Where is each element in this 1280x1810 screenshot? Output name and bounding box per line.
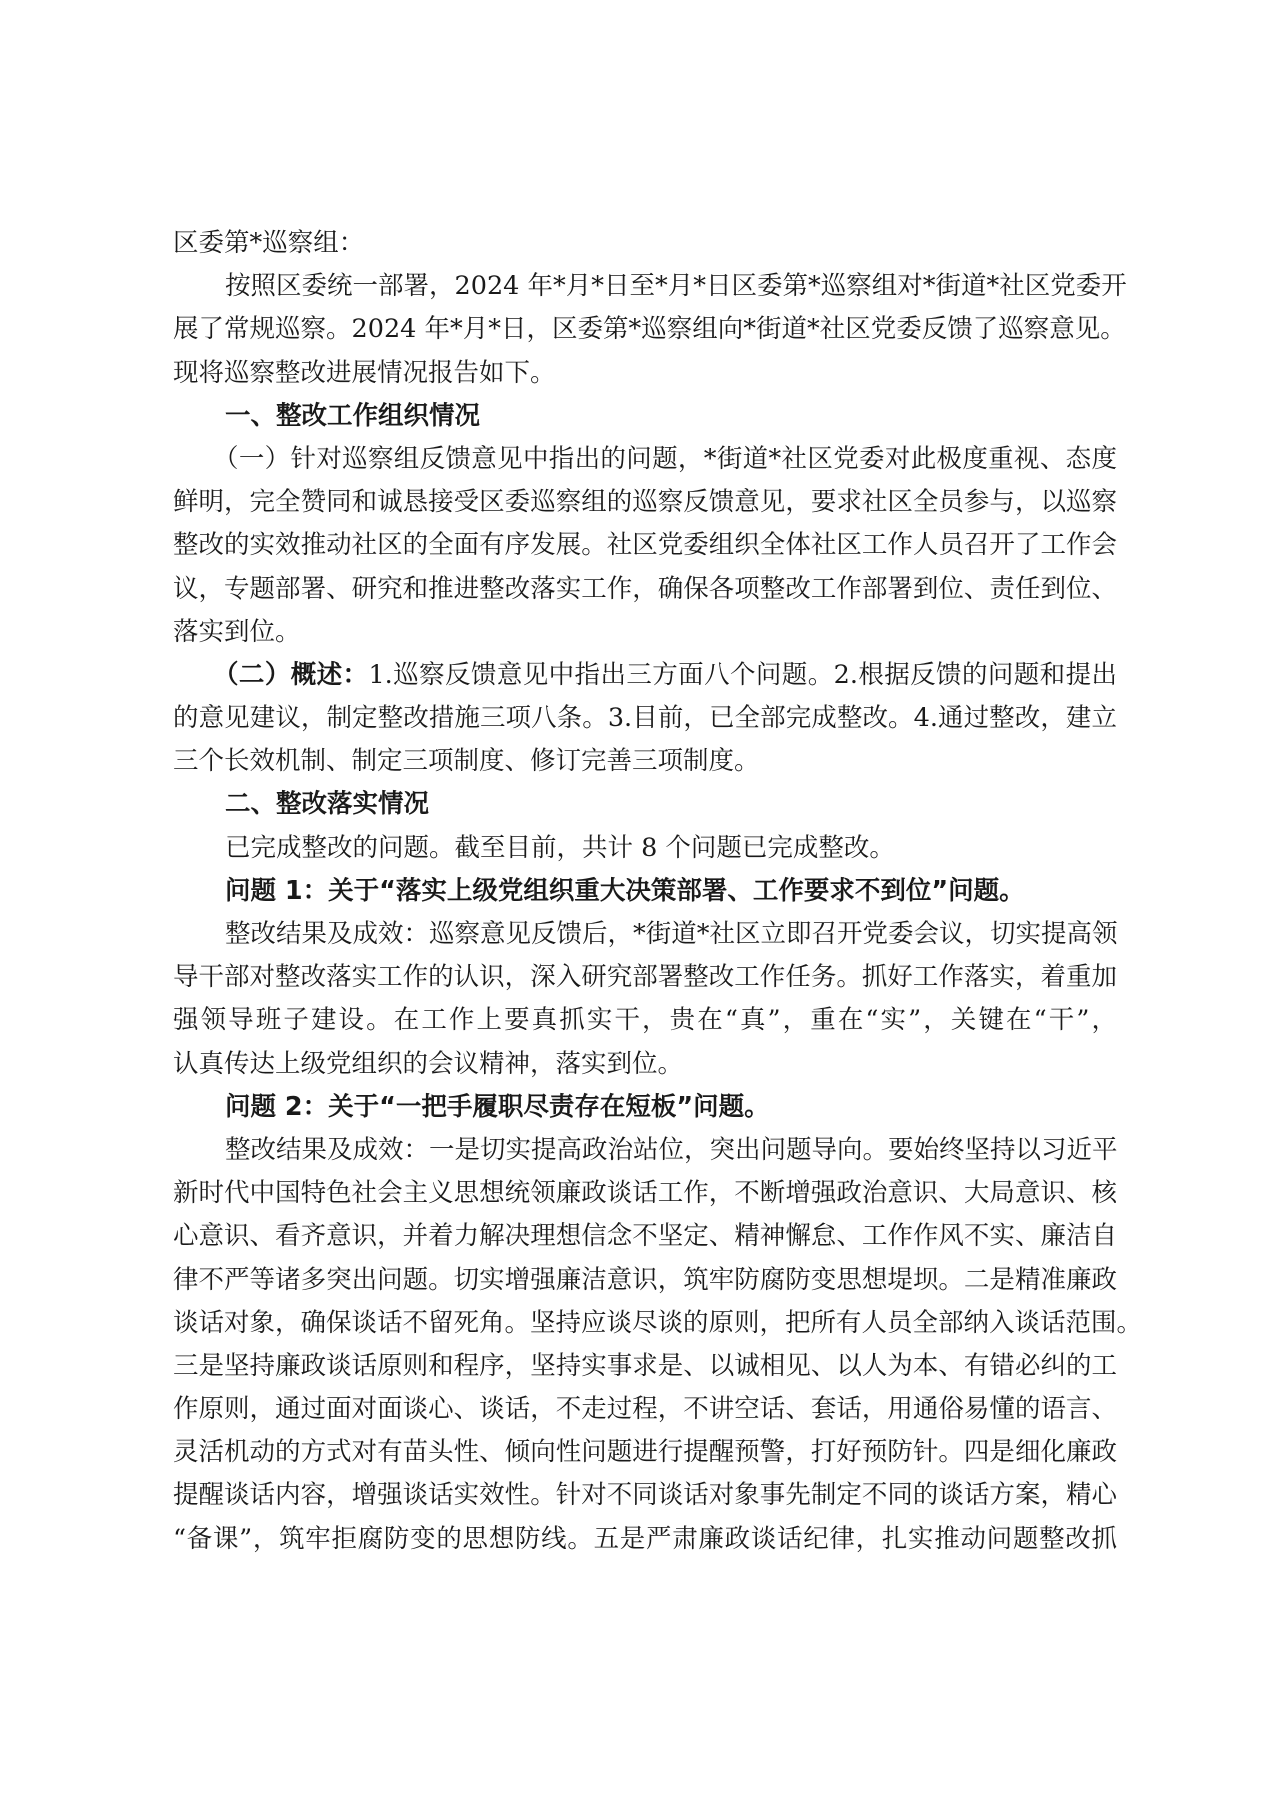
paragraph-line: 心意识、看齐意识，并着力解决理想信念不坚定、精神懈怠、工作作风不实、廉洁自: [173, 1215, 1117, 1258]
paragraph-line: 三个长效机制、制定三项制度、修订完善三项制度。: [173, 740, 1117, 783]
paragraph-line: “备课”，筑牢拒腐防变的思想防线。五是严肃廉政谈话纪律，扎实推动问题整改抓: [173, 1518, 1117, 1561]
subsection-1-paragraph: （一）针对巡察组反馈意见中指出的问题，*街道*社区党委对此极度重视、态度 鲜明，…: [173, 438, 1117, 654]
section-heading-2: 二、整改落实情况: [173, 783, 1117, 826]
section-heading-1: 一、整改工作组织情况: [173, 395, 1117, 438]
paragraph-line: 律不严等诸多突出问题。切实增强廉洁意识，筑牢防腐防变思想堤坝。二是精准廉政: [173, 1259, 1117, 1302]
subsection-2-text: 1.巡察反馈意见中指出三方面八个问题。2.根据反馈的问题和提出: [368, 660, 1117, 690]
paragraph-line: 整改的实效推动社区的全面有序发展。社区党委组织全体社区工作人员召开了工作会: [173, 524, 1117, 567]
paragraph-line: 的意见建议，制定整改措施三项八条。3.目前，已全部完成整改。4.通过整改，建立: [173, 697, 1117, 740]
subsection-2-label: （二）概述：: [213, 660, 368, 690]
issue-title: 问题 2：关于“一把手履职尽责存在短板”问题。: [173, 1086, 1117, 1129]
paragraph-line: 导干部对整改落实工作的认识，深入研究部署整改工作任务。抓好工作落实，着重加: [173, 956, 1117, 999]
paragraph-line: 整改结果及成效：一是切实提高政治站位，突出问题导向。要始终坚持以习近平: [173, 1129, 1117, 1172]
issue-1: 问题 1：关于“落实上级党组织重大决策部署、工作要求不到位”问题。 整改结果及成…: [173, 870, 1117, 1086]
paragraph-line: 落实到位。: [173, 611, 1117, 654]
paragraph-line: 鲜明，完全赞同和诚恳接受区委巡察组的巡察反馈意见，要求社区全员参与，以巡察: [173, 481, 1117, 524]
paragraph-line: 议，专题部署、研究和推进整改落实工作，确保各项整改工作部署到位、责任到位、: [173, 568, 1117, 611]
paragraph-line: 三是坚持廉政谈话原则和程序，坚持实事求是、以诚相见、以人为本、有错必纠的工: [173, 1345, 1117, 1388]
paragraph-line: 新时代中国特色社会主义思想统领廉政谈话工作，不断增强政治意识、大局意识、核: [173, 1172, 1117, 1215]
section-2-summary: 已完成整改的问题。截至目前，共计 8 个问题已完成整改。: [173, 827, 1117, 870]
document-body: 区委第*巡察组： 按照区委统一部署，2024 年*月*日至*月*日区委第*巡察组…: [173, 222, 1117, 1561]
paragraph-line: 按照区委统一部署，2024 年*月*日至*月*日区委第*巡察组对*街道*社区党委…: [173, 265, 1117, 308]
issue-title: 问题 1：关于“落实上级党组织重大决策部署、工作要求不到位”问题。: [173, 870, 1117, 913]
paragraph-line: 现将巡察整改进展情况报告如下。: [173, 352, 1117, 395]
paragraph-line: 展了常规巡察。2024 年*月*日，区委第*巡察组向*街道*社区党委反馈了巡察意…: [173, 308, 1117, 351]
paragraph-line: （一）针对巡察组反馈意见中指出的问题，*街道*社区党委对此极度重视、态度: [173, 438, 1117, 481]
issue-2: 问题 2：关于“一把手履职尽责存在短板”问题。 整改结果及成效：一是切实提高政治…: [173, 1086, 1117, 1561]
paragraph-line: 强领导班子建设。在工作上要真抓实干，贵在“真”，重在“实”，关键在“干”，: [173, 999, 1117, 1042]
paragraph-line: 整改结果及成效：巡察意见反馈后，*街道*社区立即召开党委会议，切实提高领: [173, 913, 1117, 956]
paragraph-line: 谈话对象，确保谈话不留死角。坚持应谈尽谈的原则，把所有人员全部纳入谈话范围。: [173, 1302, 1117, 1345]
paragraph-line: 提醒谈话内容，增强谈话实效性。针对不同谈话对象事先制定不同的谈话方案，精心: [173, 1474, 1117, 1517]
paragraph-line: 灵活机动的方式对有苗头性、倾向性问题进行提醒预警，打好预防针。四是细化廉政: [173, 1431, 1117, 1474]
document-page: 区委第*巡察组： 按照区委统一部署，2024 年*月*日至*月*日区委第*巡察组…: [0, 0, 1280, 1810]
salutation: 区委第*巡察组：: [173, 222, 1117, 265]
paragraph-line: （二）概述：1.巡察反馈意见中指出三方面八个问题。2.根据反馈的问题和提出: [173, 654, 1117, 697]
subsection-2-paragraph: （二）概述：1.巡察反馈意见中指出三方面八个问题。2.根据反馈的问题和提出 的意…: [173, 654, 1117, 784]
paragraph-line: 作原则，通过面对面谈心、谈话，不走过程，不讲空话、套话，用通俗易懂的语言、: [173, 1388, 1117, 1431]
intro-paragraph: 按照区委统一部署，2024 年*月*日至*月*日区委第*巡察组对*街道*社区党委…: [173, 265, 1117, 395]
paragraph-line: 认真传达上级党组织的会议精神，落实到位。: [173, 1043, 1117, 1086]
